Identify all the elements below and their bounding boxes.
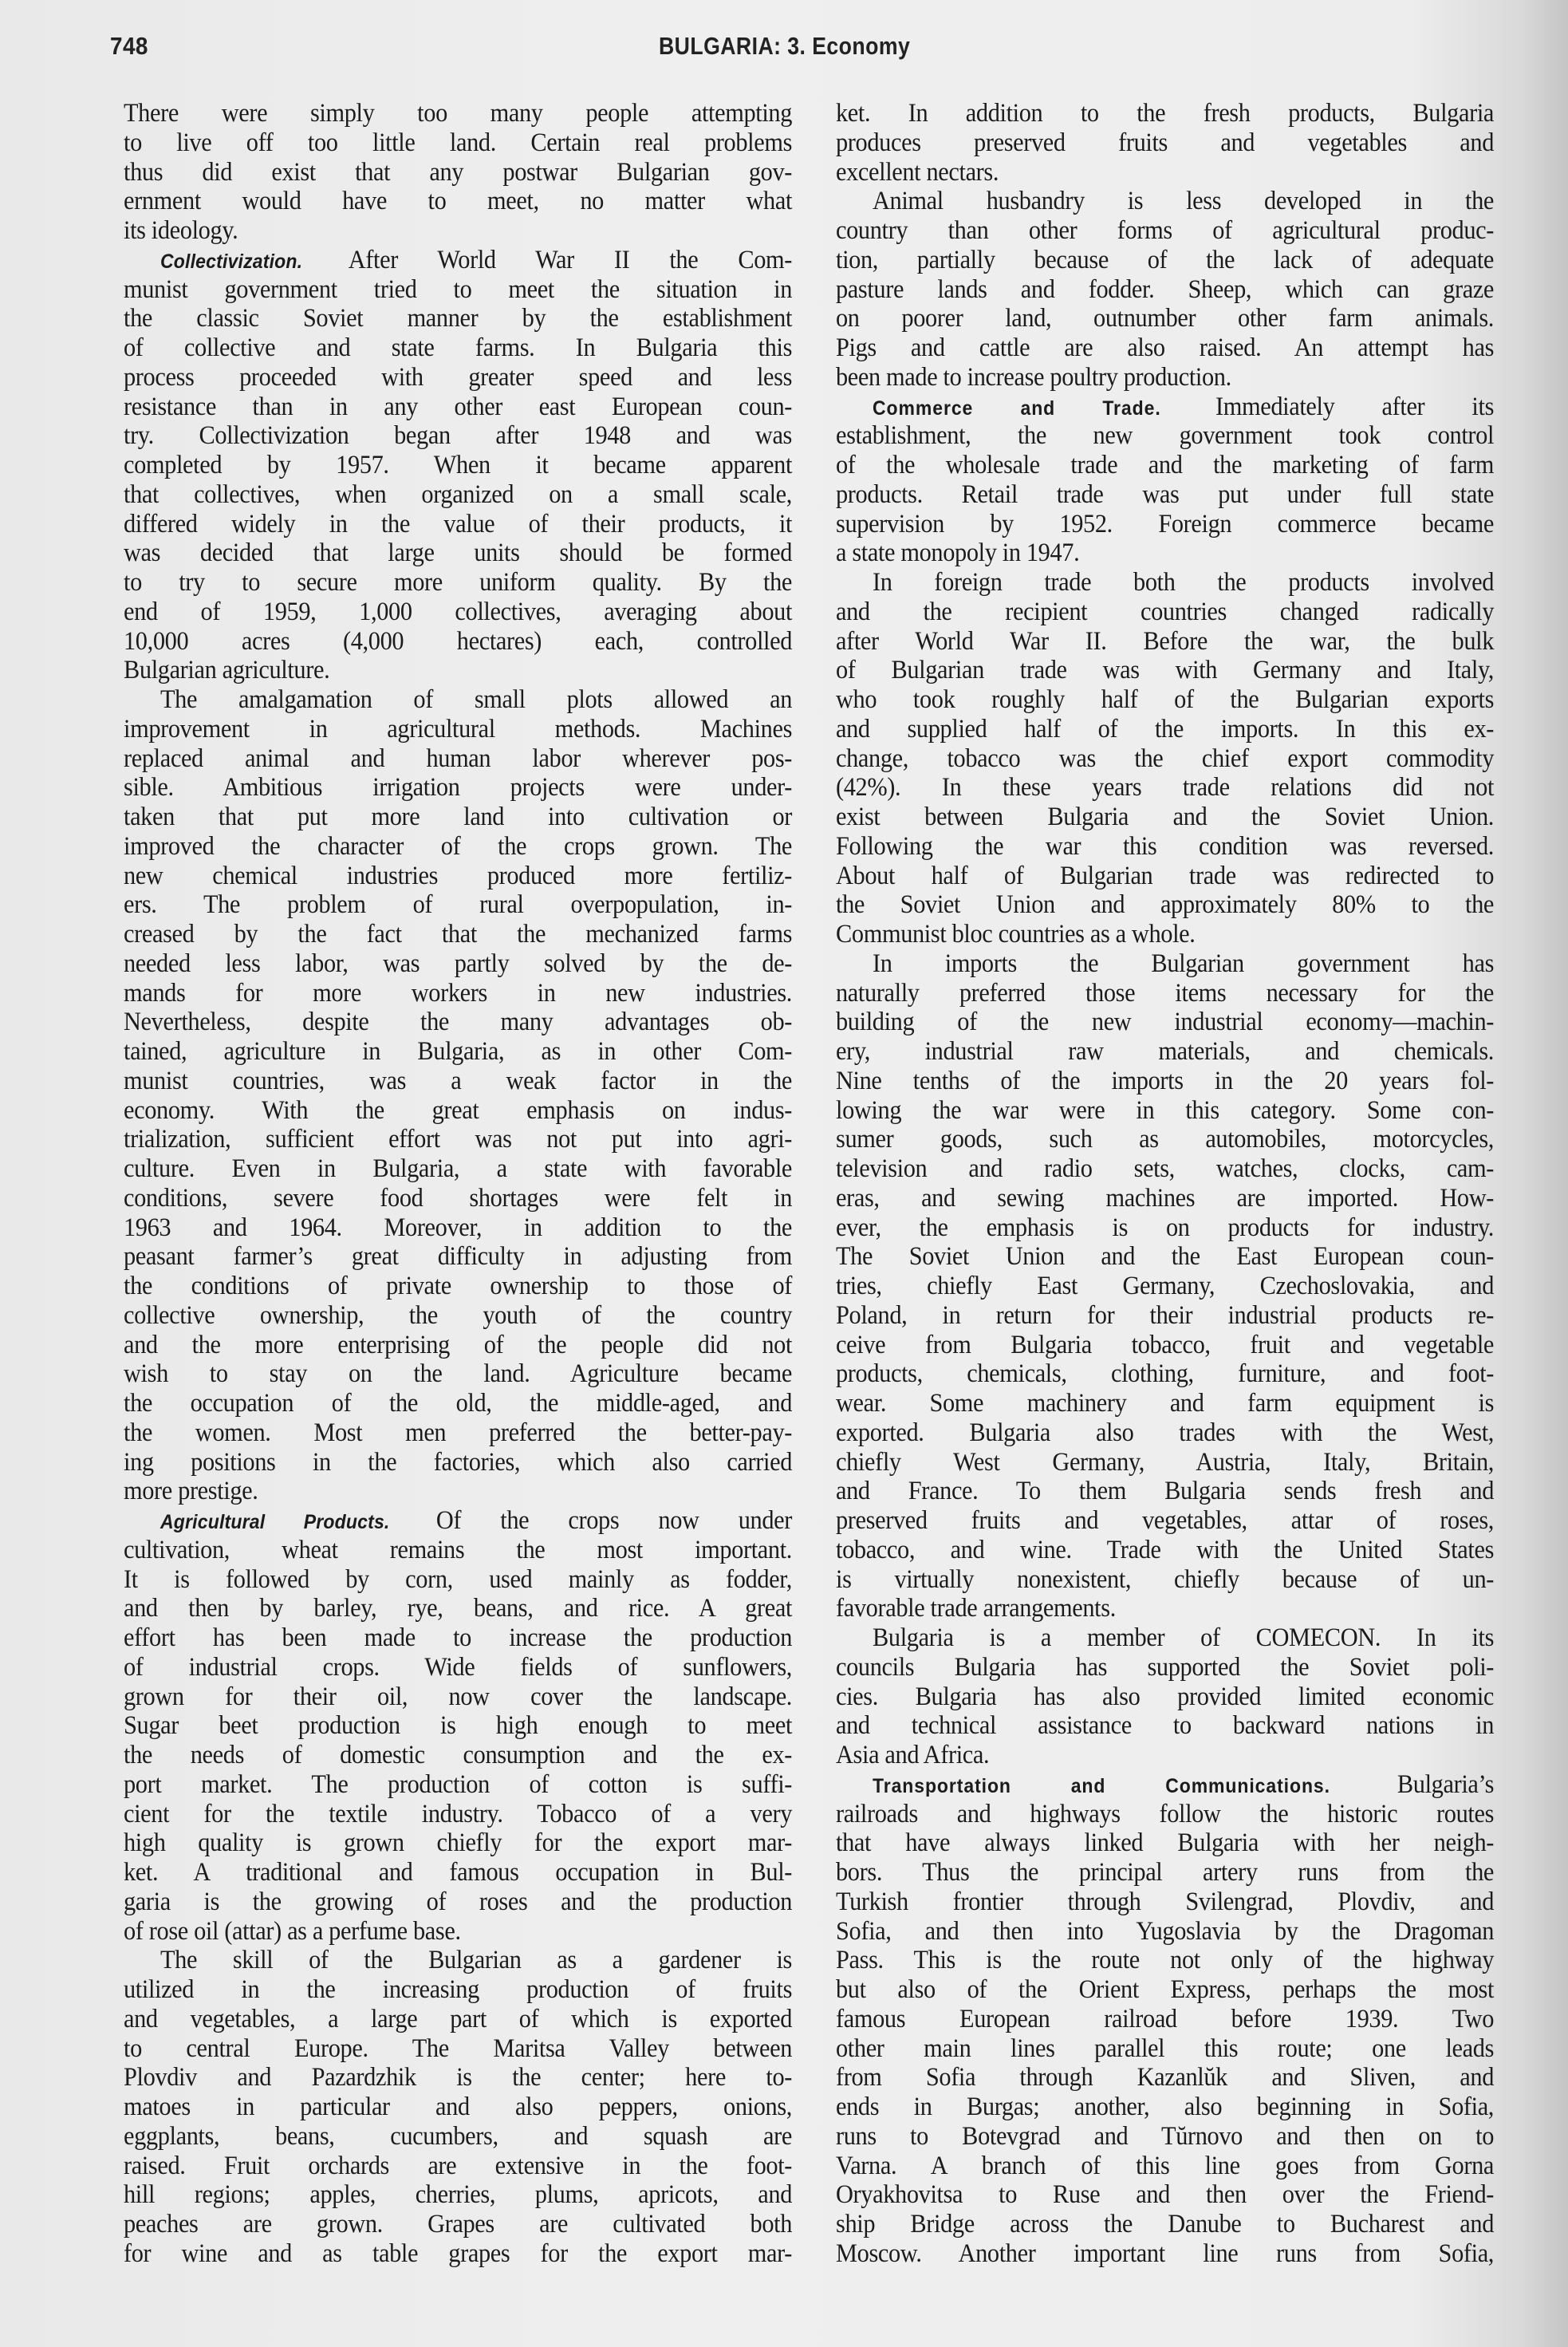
line-text: 10,000 acres (4,000 hectares) each, cont… [124,627,792,656]
text-line: completed by 1957. When it became appare… [124,451,792,480]
line-text: sible. Ambitious irrigation projects wer… [124,773,792,802]
line-text: to central Europe. The Maritsa Valley be… [124,2034,792,2063]
line-text: exported. Bulgaria also trades with the … [836,1418,1494,1447]
line-text: famous European railroad before 1939. Tw… [836,2005,1494,2033]
text-line: of industrial crops. Wide fields of sunf… [124,1653,792,1682]
text-line: products, chemicals, clothing, furniture… [836,1359,1494,1389]
line-text: port market. The production of cotton is… [124,1770,792,1799]
line-text: to live off too little land. Certain rea… [124,128,792,157]
line-text: of Bulgarian trade was with Germany and … [836,656,1494,684]
text-line: Pigs and cattle are also raised. An atte… [836,333,1494,363]
line-text: councils Bulgaria has supported the Sovi… [836,1653,1494,1682]
line-text: Sugar beet production is high enough to … [124,1711,792,1740]
text-line: In imports the Bulgarian government has [836,949,1494,979]
page-number: 748 [110,32,148,61]
text-line: It is followed by corn, used mainly as f… [124,1565,792,1595]
text-line: that collectives, when organized on a sm… [124,480,792,510]
line-text: Plovdiv and Pazardzhik is the center; he… [124,2063,792,2092]
line-text: ceive from Bulgaria tobacco, fruit and v… [836,1331,1494,1359]
text-line: and then by barley, rye, beans, and rice… [124,1594,792,1623]
line-text: improvement in agricultural methods. Mac… [124,715,792,744]
text-line: thus did exist that any postwar Bulgaria… [124,158,792,187]
text-line: for wine and as table grapes for the exp… [124,2239,792,2269]
text-line: There were simply too many people attemp… [124,99,792,128]
text-line: ernment would have to meet, no matter wh… [124,187,792,216]
line-text: Asia and Africa. [836,1741,989,1769]
line-text: culture. Even in Bulgaria, a state with … [124,1154,792,1183]
line-text: eras, and sewing machines are imported. … [836,1184,1494,1213]
line-text: country than other forms of agricultural… [836,216,1494,245]
section-heading-line: Commerce and Trade. Immediately after it… [836,392,1494,422]
line-text: creased by the fact that the mechanized … [124,920,792,949]
text-line: the Soviet Union and approximately 80% t… [836,890,1494,920]
line-text: ship Bridge across the Danube to Buchare… [836,2210,1494,2239]
line-text: railroads and highways follow the histor… [836,1800,1494,1828]
text-line: ship Bridge across the Danube to Buchare… [836,2210,1494,2239]
text-line: Communist bloc countries as a whole. [836,920,1494,949]
line-text: ket. In addition to the fresh products, … [836,99,1494,128]
text-line: products. Retail trade was put under ful… [836,480,1494,510]
text-line: The amalgamation of small plots allowed … [124,685,792,715]
line-text: Turkish frontier through Svilengrad, Plo… [836,1887,1494,1916]
text-line: building of the new industrial economy—m… [836,1008,1494,1037]
line-text: and the recipient countries changed radi… [836,598,1494,626]
line-text: It is followed by corn, used mainly as f… [124,1565,792,1594]
line-text: preserved fruits and vegetables, attar o… [836,1506,1494,1535]
line-text: improved the character of the crops grow… [124,832,792,861]
line-text: tobacco, and wine. Trade with the United… [836,1536,1494,1564]
line-text: resistance than in any other east Europe… [124,392,792,421]
text-line: excellent nectars. [836,158,1494,187]
line-text: for wine and as table grapes for the exp… [124,2239,792,2268]
text-line: is virtually nonexistent, chiefly becaus… [836,1565,1494,1595]
text-line: the classic Soviet manner by the establi… [124,304,792,333]
line-text: Animal husbandry is less developed in th… [873,187,1494,215]
line-text: bors. Thus the principal artery runs fro… [836,1858,1494,1887]
text-line: tion, partially because of the lack of a… [836,246,1494,275]
text-line: grown for their oil, now cover the lands… [124,1682,792,1712]
text-line: utilized in the increasing production of… [124,1975,792,2005]
line-text: the women. Most men preferred the better… [124,1418,792,1447]
text-line: famous European railroad before 1939. Tw… [836,2005,1494,2034]
text-line: ing positions in the factories, which al… [124,1448,792,1477]
text-line: and technical assistance to backward nat… [836,1711,1494,1741]
line-text: process proceeded with greater speed and… [124,363,792,392]
text-line: peasant farmer’s great difficulty in adj… [124,1242,792,1272]
section-heading-line: Agricultural Products. Of the crops now … [124,1506,792,1536]
text-line: sumer goods, such as automobiles, motorc… [836,1125,1494,1154]
line-text: ery, industrial raw materials, and chemi… [836,1037,1494,1066]
text-line: ever, the emphasis is on products for in… [836,1213,1494,1243]
line-text: end of 1959, 1,000 collectives, averagin… [124,598,792,626]
line-text: Sofia, and then into Yugoslavia by the D… [836,1917,1494,1946]
text-line: (42%). In these years trade relations di… [836,773,1494,803]
text-line: of the wholesale trade and the marketing… [836,451,1494,480]
text-line: matoes in particular and also peppers, o… [124,2093,792,2122]
text-line: tained, agriculture in Bulgaria, as in o… [124,1037,792,1067]
text-line: ket. In addition to the fresh products, … [836,99,1494,128]
run-in-heading: Agricultural Products. [160,1511,390,1533]
text-line: high quality is grown chiefly for the ex… [124,1828,792,1858]
line-text: trialization, sufficient effort was not … [124,1125,792,1154]
text-line: Animal husbandry is less developed in th… [836,187,1494,216]
text-line: railroads and highways follow the histor… [836,1800,1494,1829]
line-text: the occupation of the old, the middle-ag… [124,1389,792,1418]
line-text: try. Collectivization began after 1948 a… [124,421,792,450]
line-text: Bulgaria’s [1397,1770,1494,1799]
line-text: building of the new industrial economy—m… [836,1008,1494,1036]
text-line: tries, chiefly East Germany, Czechoslova… [836,1272,1494,1301]
text-line: end of 1959, 1,000 collectives, averagin… [124,598,792,627]
line-text: ends in Burgas; another, also beginning … [836,2093,1494,2121]
text-line: try. Collectivization began after 1948 a… [124,421,792,451]
line-text: cient for the textile industry. Tobacco … [124,1800,792,1828]
line-text: the needs of domestic consumption and th… [124,1741,792,1769]
line-text: a state monopoly in 1947. [836,538,1079,567]
line-text: from Sofia through Kazanlŭk and Sliven, … [836,2063,1494,2092]
line-text: high quality is grown chiefly for the ex… [124,1828,792,1857]
text-line: preserved fruits and vegetables, attar o… [836,1506,1494,1536]
text-line: sible. Ambitious irrigation projects wer… [124,773,792,803]
line-text: About half of Bulgarian trade was redire… [836,862,1494,890]
text-line: ends in Burgas; another, also beginning … [836,2093,1494,2122]
text-line: improvement in agricultural methods. Mac… [124,715,792,744]
line-text: Following the war this condition was rev… [836,832,1494,861]
text-line: improved the character of the crops grow… [124,832,792,862]
left-column: There were simply too many people attemp… [124,99,792,2269]
text-line: from Sofia through Kazanlŭk and Sliven, … [836,2063,1494,2093]
text-line: About half of Bulgarian trade was redire… [836,862,1494,891]
line-text: In imports the Bulgarian government has [873,949,1494,978]
line-text: after World War II. Before the war, the … [836,627,1494,656]
line-text: replaced animal and human labor wherever… [124,744,792,773]
text-line: of rose oil (attar) as a perfume base. [124,1917,792,1947]
line-text: munist government tried to meet the situ… [124,275,792,304]
text-line: naturally preferred those items necessar… [836,979,1494,1008]
text-line: Nine tenths of the imports in the 20 yea… [836,1067,1494,1096]
text-line: cient for the textile industry. Tobacco … [124,1800,792,1829]
text-line: to central Europe. The Maritsa Valley be… [124,2034,792,2064]
line-text: to try to secure more uniform quality. B… [124,568,792,597]
line-text: products, chemicals, clothing, furniture… [836,1359,1494,1388]
text-line: 10,000 acres (4,000 hectares) each, cont… [124,627,792,657]
line-text: that collectives, when organized on a sm… [124,480,792,509]
line-text: of rose oil (attar) as a perfume base. [124,1917,461,1946]
text-line: economy. With the great emphasis on indu… [124,1096,792,1126]
text-line: favorable trade arrangements. [836,1594,1494,1623]
line-text: The Soviet Union and the East European c… [836,1242,1494,1271]
text-line: on poorer land, outnumber other farm ani… [836,304,1494,333]
line-text: on poorer land, outnumber other farm ani… [836,304,1494,333]
line-text: of collective and state farms. In Bulgar… [124,333,792,362]
text-line: was decided that large units should be f… [124,538,792,568]
text-line: peaches are grown. Grapes are cultivated… [124,2210,792,2239]
line-text: mands for more workers in new industries… [124,979,792,1008]
text-line: munist countries, was a weak factor in t… [124,1067,792,1096]
line-text: other main lines parallel this route; on… [836,2034,1494,2063]
line-text: its ideology. [124,216,238,245]
text-line: supervision by 1952. Foreign commerce be… [836,510,1494,539]
line-text: Moscow. Another important line runs from… [836,2239,1494,2268]
line-text: taken that put more land into cultivatio… [124,803,792,831]
line-text: effort has been made to increase the pro… [124,1623,792,1652]
line-text: sumer goods, such as automobiles, motorc… [836,1125,1494,1154]
text-line: television and radio sets, watches, cloc… [836,1154,1494,1184]
text-line: tobacco, and wine. Trade with the United… [836,1536,1494,1565]
line-text: pasture lands and fodder. Sheep, which c… [836,275,1494,304]
text-line: of collective and state farms. In Bulgar… [124,333,792,363]
text-line: establishment, the new government took c… [836,421,1494,451]
text-line: 1963 and 1964. Moreover, in addition to … [124,1213,792,1243]
text-line: produces preserved fruits and vegetables… [836,128,1494,158]
text-line: change, tobacco was the chief export com… [836,744,1494,774]
text-line: runs to Botevgrad and Tŭrnovo and then o… [836,2122,1494,2152]
text-line: to live off too little land. Certain rea… [124,128,792,158]
text-line: conditions, severe food shortages were f… [124,1184,792,1213]
run-in-heading: Commerce and Trade. [873,397,1161,420]
text-line: ers. The problem of rural overpopulation… [124,890,792,920]
line-text: eggplants, beans, cucumbers, and squash … [124,2122,792,2151]
text-line: replaced animal and human labor wherever… [124,744,792,774]
line-text: Varna. A branch of this line goes from G… [836,2152,1494,2180]
text-line: Varna. A branch of this line goes from G… [836,2152,1494,2181]
text-line: who took roughly half of the Bulgarian e… [836,685,1494,715]
line-text: Immediately after its [1215,392,1494,421]
text-line: Bulgaria is a member of COMECON. In its [836,1623,1494,1653]
text-line: Poland, in return for their industrial p… [836,1301,1494,1331]
line-text: wish to stay on the land. Agriculture be… [124,1359,792,1388]
text-line: of Bulgarian trade was with Germany and … [836,656,1494,685]
line-text: needed less labor, was partly solved by … [124,949,792,978]
line-text: and France. To them Bulgaria sends fresh… [836,1477,1494,1505]
line-text: establishment, the new government took c… [836,421,1494,450]
line-text: In foreign trade both the products invol… [873,568,1494,597]
line-text: ernment would have to meet, no matter wh… [124,187,792,215]
line-text: ing positions in the factories, which al… [124,1448,792,1477]
line-text: Oryakhovitsa to Ruse and then over the F… [836,2180,1494,2209]
text-line: hill regions; apples, cherries, plums, a… [124,2180,792,2210]
text-line: The Soviet Union and the East European c… [836,1242,1494,1272]
line-text: Bulgarian agriculture. [124,656,329,684]
line-text: of the wholesale trade and the marketing… [836,451,1494,479]
line-text: Pass. This is the route not only of the … [836,1946,1494,1974]
line-text: There were simply too many people attemp… [124,99,792,128]
text-line: trialization, sufficient effort was not … [124,1125,792,1154]
line-text: the classic Soviet manner by the establi… [124,304,792,333]
text-line: differed widely in the value of their pr… [124,510,792,539]
text-line: taken that put more land into cultivatio… [124,803,792,832]
running-title: BULGARIA: 3. Economy [659,32,910,61]
text-line: exported. Bulgaria also trades with the … [836,1418,1494,1448]
text-line: raised. Fruit orchards are extensive in … [124,2152,792,2181]
line-text: grown for their oil, now cover the lands… [124,1682,792,1711]
text-line: collective ownership, the youth of the c… [124,1301,792,1331]
line-text: ket. A traditional and famous occupation… [124,1858,792,1887]
line-text: runs to Botevgrad and Tŭrnovo and then o… [836,2122,1494,2151]
text-line: and the more enterprising of the people … [124,1331,792,1360]
line-text: is virtually nonexistent, chiefly becaus… [836,1565,1494,1594]
line-text: The skill of the Bulgarian as a gardener… [160,1946,792,1974]
text-line: been made to increase poultry production… [836,363,1494,392]
line-text: tained, agriculture in Bulgaria, as in o… [124,1037,792,1066]
text-line: Turkish frontier through Svilengrad, Plo… [836,1887,1494,1917]
line-text: peasant farmer’s great difficulty in adj… [124,1242,792,1271]
text-line: cies. Bulgaria has also provided limited… [836,1682,1494,1712]
section-heading-line: Transportation and Communications. Bulga… [836,1770,1494,1800]
line-text: products. Retail trade was put under ful… [836,480,1494,509]
text-line: lowing the war were in this category. So… [836,1096,1494,1126]
text-line: needed less labor, was partly solved by … [124,949,792,979]
text-line: Asia and Africa. [836,1741,1494,1770]
line-text: Pigs and cattle are also raised. An atte… [836,333,1494,362]
run-in-heading: Transportation and Communications. [873,1775,1330,1797]
text-line: country than other forms of agricultural… [836,216,1494,246]
line-text: After World War II the Com- [349,246,792,274]
line-text: tries, chiefly East Germany, Czechoslova… [836,1272,1494,1300]
line-text: (42%). In these years trade relations di… [836,773,1494,802]
line-text: Communist bloc countries as a whole. [836,920,1196,949]
text-line: councils Bulgaria has supported the Sovi… [836,1653,1494,1682]
text-line: the occupation of the old, the middle-ag… [124,1389,792,1418]
line-text: of industrial crops. Wide fields of sunf… [124,1653,792,1682]
line-text: who took roughly half of the Bulgarian e… [836,685,1494,714]
text-line: culture. Even in Bulgaria, a state with … [124,1154,792,1184]
text-line: to try to secure more uniform quality. B… [124,568,792,598]
text-line: ceive from Bulgaria tobacco, fruit and v… [836,1331,1494,1360]
line-text: thus did exist that any postwar Bulgaria… [124,158,792,187]
line-text: supervision by 1952. Foreign commerce be… [836,510,1494,538]
line-text: ever, the emphasis is on products for in… [836,1213,1494,1242]
text-line: garia is the growing of roses and the pr… [124,1887,792,1917]
line-text: Of the crops now under [436,1506,792,1535]
text-line: creased by the fact that the mechanized … [124,920,792,949]
text-line: In foreign trade both the products invol… [836,568,1494,598]
text-line: Bulgarian agriculture. [124,656,792,685]
text-line: and the recipient countries changed radi… [836,598,1494,627]
line-text: the Soviet Union and approximately 80% t… [836,890,1494,919]
text-line: pasture lands and fodder. Sheep, which c… [836,275,1494,305]
book-page: 748 BULGARIA: 3. Economy There were simp… [0,0,1568,2347]
text-line: after World War II. Before the war, the … [836,627,1494,657]
text-line: eras, and sewing machines are imported. … [836,1184,1494,1213]
section-heading-line: Collectivization. After World War II the… [124,246,792,275]
text-line: and supplied half of the imports. In thi… [836,715,1494,744]
text-line: The skill of the Bulgarian as a gardener… [124,1946,792,1975]
line-text: 1963 and 1964. Moreover, in addition to … [124,1213,792,1242]
line-text: was decided that large units should be f… [124,538,792,567]
line-text: and vegetables, a large part of which is… [124,2005,792,2033]
text-line: other main lines parallel this route; on… [836,2034,1494,2064]
line-text: Nine tenths of the imports in the 20 yea… [836,1067,1494,1095]
line-text: ers. The problem of rural overpopulation… [124,890,792,919]
text-line: eggplants, beans, cucumbers, and squash … [124,2122,792,2152]
text-line: Sofia, and then into Yugoslavia by the D… [836,1917,1494,1947]
text-line: a state monopoly in 1947. [836,538,1494,568]
text-line: effort has been made to increase the pro… [124,1623,792,1653]
line-text: naturally preferred those items necessar… [836,979,1494,1008]
text-line: wear. Some machinery and farm equipment … [836,1389,1494,1418]
line-text: matoes in particular and also peppers, o… [124,2093,792,2121]
line-text: peaches are grown. Grapes are cultivated… [124,2210,792,2239]
line-text: Bulgaria is a member of COMECON. In its [873,1623,1494,1652]
text-line: munist government tried to meet the situ… [124,275,792,305]
line-text: raised. Fruit orchards are extensive in … [124,2152,792,2180]
line-text: new chemical industries produced more fe… [124,862,792,890]
line-text: been made to increase poultry production… [836,363,1231,392]
text-line: cultivation, wheat remains the most impo… [124,1536,792,1565]
text-line: ket. A traditional and famous occupation… [124,1858,792,1887]
line-text: change, tobacco was the chief export com… [836,744,1494,773]
line-text: produces preserved fruits and vegetables… [836,128,1494,157]
text-line: its ideology. [124,216,792,246]
line-text: garia is the growing of roses and the pr… [124,1887,792,1916]
line-text: munist countries, was a weak factor in t… [124,1067,792,1095]
text-line: and France. To them Bulgaria sends fresh… [836,1477,1494,1506]
text-line: the conditions of private ownership to t… [124,1272,792,1301]
text-line: the women. Most men preferred the better… [124,1418,792,1448]
line-text: chiefly West Germany, Austria, Italy, Br… [836,1448,1494,1477]
line-text: tion, partially because of the lack of a… [836,246,1494,274]
text-line: bors. Thus the principal artery runs fro… [836,1858,1494,1887]
text-line: resistance than in any other east Europe… [124,392,792,422]
text-line: exist between Bulgaria and the Soviet Un… [836,803,1494,832]
line-text: and technical assistance to backward nat… [836,1711,1494,1740]
line-text: differed widely in the value of their pr… [124,510,792,538]
text-line: process proceeded with greater speed and… [124,363,792,392]
line-text: conditions, severe food shortages were f… [124,1184,792,1213]
text-line: Pass. This is the route not only of the … [836,1946,1494,1975]
line-text: but also of the Orient Express, perhaps … [836,1975,1494,2004]
line-text: the conditions of private ownership to t… [124,1272,792,1300]
line-text: that have always linked Bulgaria with he… [836,1828,1494,1857]
line-text: collective ownership, the youth of the c… [124,1301,792,1330]
text-line: chiefly West Germany, Austria, Italy, Br… [836,1448,1494,1477]
text-line: port market. The production of cotton is… [124,1770,792,1800]
text-line: Following the war this condition was rev… [836,832,1494,862]
line-text: completed by 1957. When it became appare… [124,451,792,479]
line-text: television and radio sets, watches, cloc… [836,1154,1494,1183]
line-text: and the more enterprising of the people … [124,1331,792,1359]
line-text: The amalgamation of small plots allowed … [160,685,792,714]
line-text: and supplied half of the imports. In thi… [836,715,1494,744]
text-line: mands for more workers in new industries… [124,979,792,1008]
run-in-heading: Collectivization. [160,250,302,273]
text-line: Nevertheless, despite the many advantage… [124,1008,792,1037]
line-text: wear. Some machinery and farm equipment … [836,1389,1494,1418]
running-head: 748 BULGARIA: 3. Economy [0,29,1568,69]
line-text: more prestige. [124,1477,258,1505]
line-text: Nevertheless, despite the many advantage… [124,1008,792,1036]
text-line: the needs of domestic consumption and th… [124,1741,792,1770]
text-line: Moscow. Another important line runs from… [836,2239,1494,2269]
line-text: economy. With the great emphasis on indu… [124,1096,792,1125]
text-line: Sugar beet production is high enough to … [124,1711,792,1741]
text-line: and vegetables, a large part of which is… [124,2005,792,2034]
line-text: excellent nectars. [836,158,999,187]
line-text: utilized in the increasing production of… [124,1975,792,2004]
text-line: Plovdiv and Pazardzhik is the center; he… [124,2063,792,2093]
right-column: ket. In addition to the fresh products, … [836,99,1494,2269]
line-text: hill regions; apples, cherries, plums, a… [124,2180,792,2209]
text-line: Oryakhovitsa to Ruse and then over the F… [836,2180,1494,2210]
text-line: more prestige. [124,1477,792,1506]
text-line: that have always linked Bulgaria with he… [836,1828,1494,1858]
line-text: Poland, in return for their industrial p… [836,1301,1494,1330]
line-text: and then by barley, rye, beans, and rice… [124,1594,792,1623]
text-line: but also of the Orient Express, perhaps … [836,1975,1494,2005]
text-line: new chemical industries produced more fe… [124,862,792,891]
text-line: ery, industrial raw materials, and chemi… [836,1037,1494,1067]
